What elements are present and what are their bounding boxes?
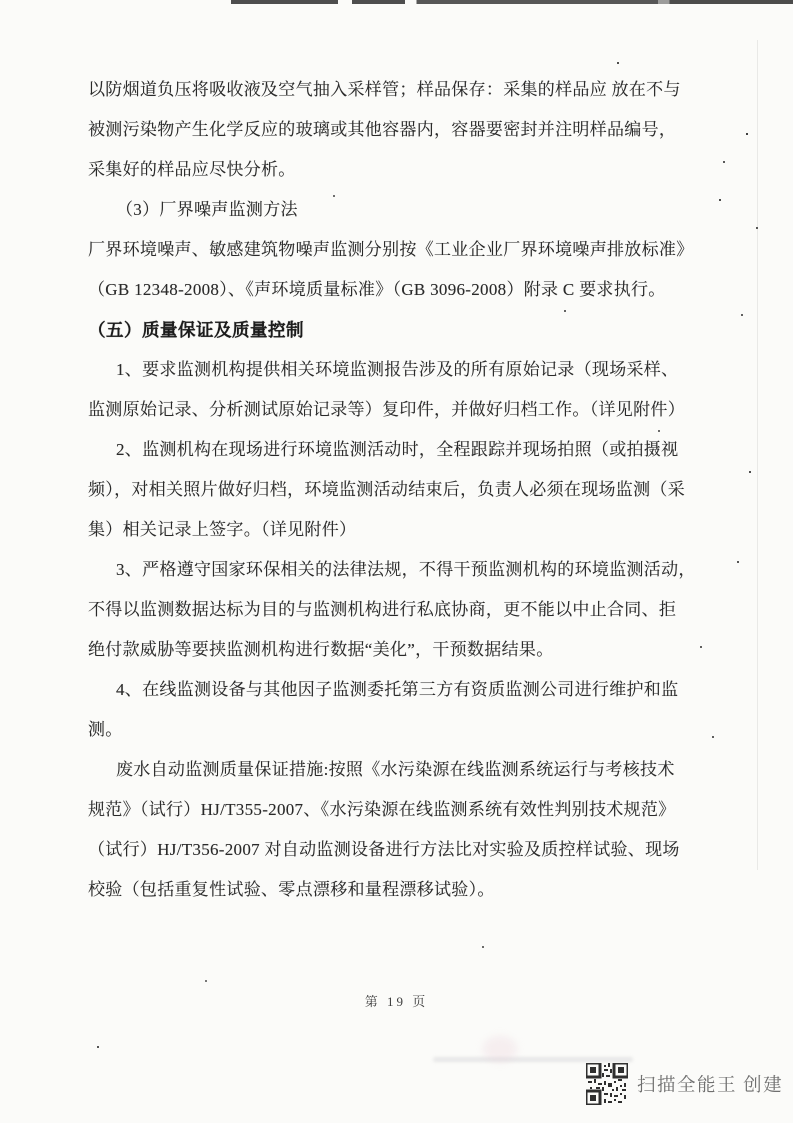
document-body: 以防烟道负压将吸收液及空气抽入采样管；样品保存：采集的样品应 放在不与被测污染物… (88, 70, 748, 910)
text-line: 1、要求监测机构提供相关环境监测报告涉及的所有原始记录（现场采样、 (88, 350, 748, 390)
text-line: 监测原始记录、分析测试原始记录等）复印件，并做好归档工作。（详见附件） (88, 390, 748, 430)
text-line: 测。 (88, 710, 748, 750)
text-line: 规范》（试行）HJ/T355-2007、《水污染源在线监测系统有效性判别技术规范… (88, 790, 748, 830)
scan-edge-artifact (231, 0, 793, 4)
text-line: 2、监测机构在现场进行环境监测活动时，全程跟踪并现场拍照（或拍摄视 (88, 430, 748, 470)
scan-speckles (0, 0, 2, 2)
scanned-page: 以防烟道负压将吸收液及空气抽入采样管；样品保存：采集的样品应 放在不与被测污染物… (0, 0, 793, 1123)
text-line: （GB 12348-2008）、《声环境质量标准》（GB 3096-2008）附… (88, 270, 748, 310)
text-line: 废水自动监测质量保证措施:按照《水污染源在线监测系统运行与考核技术 (88, 750, 748, 790)
text-line: 4、在线监测设备与其他因子监测委托第三方有资质监测公司进行维护和监 (88, 670, 748, 710)
text-line: 频），对相关照片做好归档，环境监测活动结束后，负责人必须在现场监测（采 (88, 470, 748, 510)
scan-fold-line (757, 40, 758, 870)
text-line: 集）相关记录上签字。（详见附件） (88, 510, 748, 550)
text-line: 采集好的样品应尽快分析。 (88, 150, 748, 190)
text-line: （试行）HJ/T356-2007 对自动监测设备进行方法比对实验及质控样试验、现… (88, 830, 748, 870)
text-line: 绝付款威胁等要挟监测机构进行数据“美化”，干预数据结果。 (88, 630, 748, 670)
scan-blob (483, 1036, 517, 1062)
text-line: 3、严格遵守国家环保相关的法律法规，不得干预监测机构的环境监测活动， (88, 550, 748, 590)
section-heading: （五）质量保证及质量控制 (88, 310, 748, 350)
scan-smear (433, 1057, 633, 1062)
qr-code-icon (586, 1063, 628, 1105)
watermark-label: 扫描全能王 创建 (637, 1071, 783, 1097)
page-number: 第 19 页 (0, 991, 793, 1010)
text-line: 校验（包括重复性试验、零点漂移和量程漂移试验）。 (88, 870, 748, 910)
camscanner-watermark: 扫描全能王 创建 (586, 1063, 783, 1105)
text-line: （3）厂界噪声监测方法 (88, 190, 748, 230)
text-line: 以防烟道负压将吸收液及空气抽入采样管；样品保存：采集的样品应 放在不与 (88, 70, 748, 110)
text-line: 厂界环境噪声、敏感建筑物噪声监测分别按《工业企业厂界环境噪声排放标准》 (88, 230, 748, 270)
text-line: 不得以监测数据达标为目的与监测机构进行私底协商，更不能以中止合同、拒 (88, 590, 748, 630)
text-line: 被测污染物产生化学反应的玻璃或其他容器内，容器要密封并注明样品编号， (88, 110, 748, 150)
